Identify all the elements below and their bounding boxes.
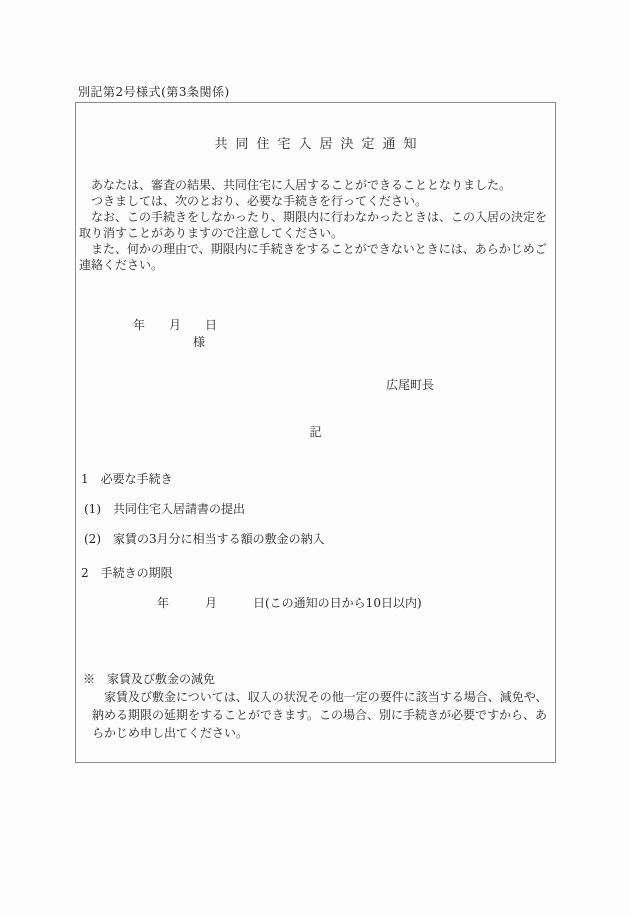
note-body-line-3: らかじめ申し出てください。 bbox=[92, 724, 548, 742]
section-2-heading: 2 手続きの期限 bbox=[81, 564, 173, 581]
deadline-date-blank-line: 年 月 日(この通知の日から10日以内) bbox=[157, 594, 422, 611]
document-border-box: 共同住宅入居決定通知 あなたは、審査の結果、共同住宅に入居することができることと… bbox=[75, 102, 556, 763]
record-heading: 記 bbox=[76, 423, 555, 440]
mayor-signature-label: 広尾町長 bbox=[386, 376, 434, 393]
notice-body-line-4: 取り消すことがありますので注意してください。 bbox=[79, 225, 547, 241]
form-number-label: 別記第2号様式(第3条関係) bbox=[78, 83, 230, 100]
note-body-line-2: 納める期限の延期をすることができます。この場合、別に手続きが必要ですから、あ bbox=[92, 706, 548, 724]
notice-body-line-6: 連絡ください。 bbox=[79, 257, 547, 273]
notice-body-line-5: また、何かの理由で、期限内に手続きをすることができないときには、あらかじめご bbox=[79, 241, 547, 257]
issue-date-blank-line: 年 月 日 bbox=[133, 316, 217, 333]
notice-body-line-2: つきましては、次のとおり、必要な手続きを行ってください。 bbox=[79, 193, 547, 209]
section-1-item-2: (2) 家賃の3月分に相当する額の敷金の納入 bbox=[84, 530, 325, 547]
note-body: 家賃及び敷金については、収入の状況その他一定の要件に該当する場合、減免や、 納め… bbox=[92, 688, 548, 742]
notice-body-line-1: あなたは、審査の結果、共同住宅に入居することができることとなりました。 bbox=[79, 177, 547, 193]
addressee-sama-label: 様 bbox=[193, 333, 205, 350]
document-page: 別記第2号様式(第3条関係) 共同住宅入居決定通知 あなたは、審査の結果、共同住… bbox=[0, 0, 630, 916]
section-1-heading: 1 必要な手続き bbox=[81, 470, 173, 487]
note-body-line-1: 家賃及び敷金については、収入の状況その他一定の要件に該当する場合、減免や、 bbox=[92, 688, 548, 706]
note-heading-line: ※ 家賃及び敷金の減免 bbox=[83, 670, 215, 687]
document-title: 共同住宅入居決定通知 bbox=[76, 133, 555, 152]
section-1-item-1: (1) 共同住宅入居請書の提出 bbox=[84, 500, 245, 517]
notice-body-line-3: なお、この手続きをしなかったり、期限内に行わなかったときは、この入居の決定を bbox=[79, 209, 547, 225]
notice-body: あなたは、審査の結果、共同住宅に入居することができることとなりました。 つきまし… bbox=[79, 177, 547, 273]
